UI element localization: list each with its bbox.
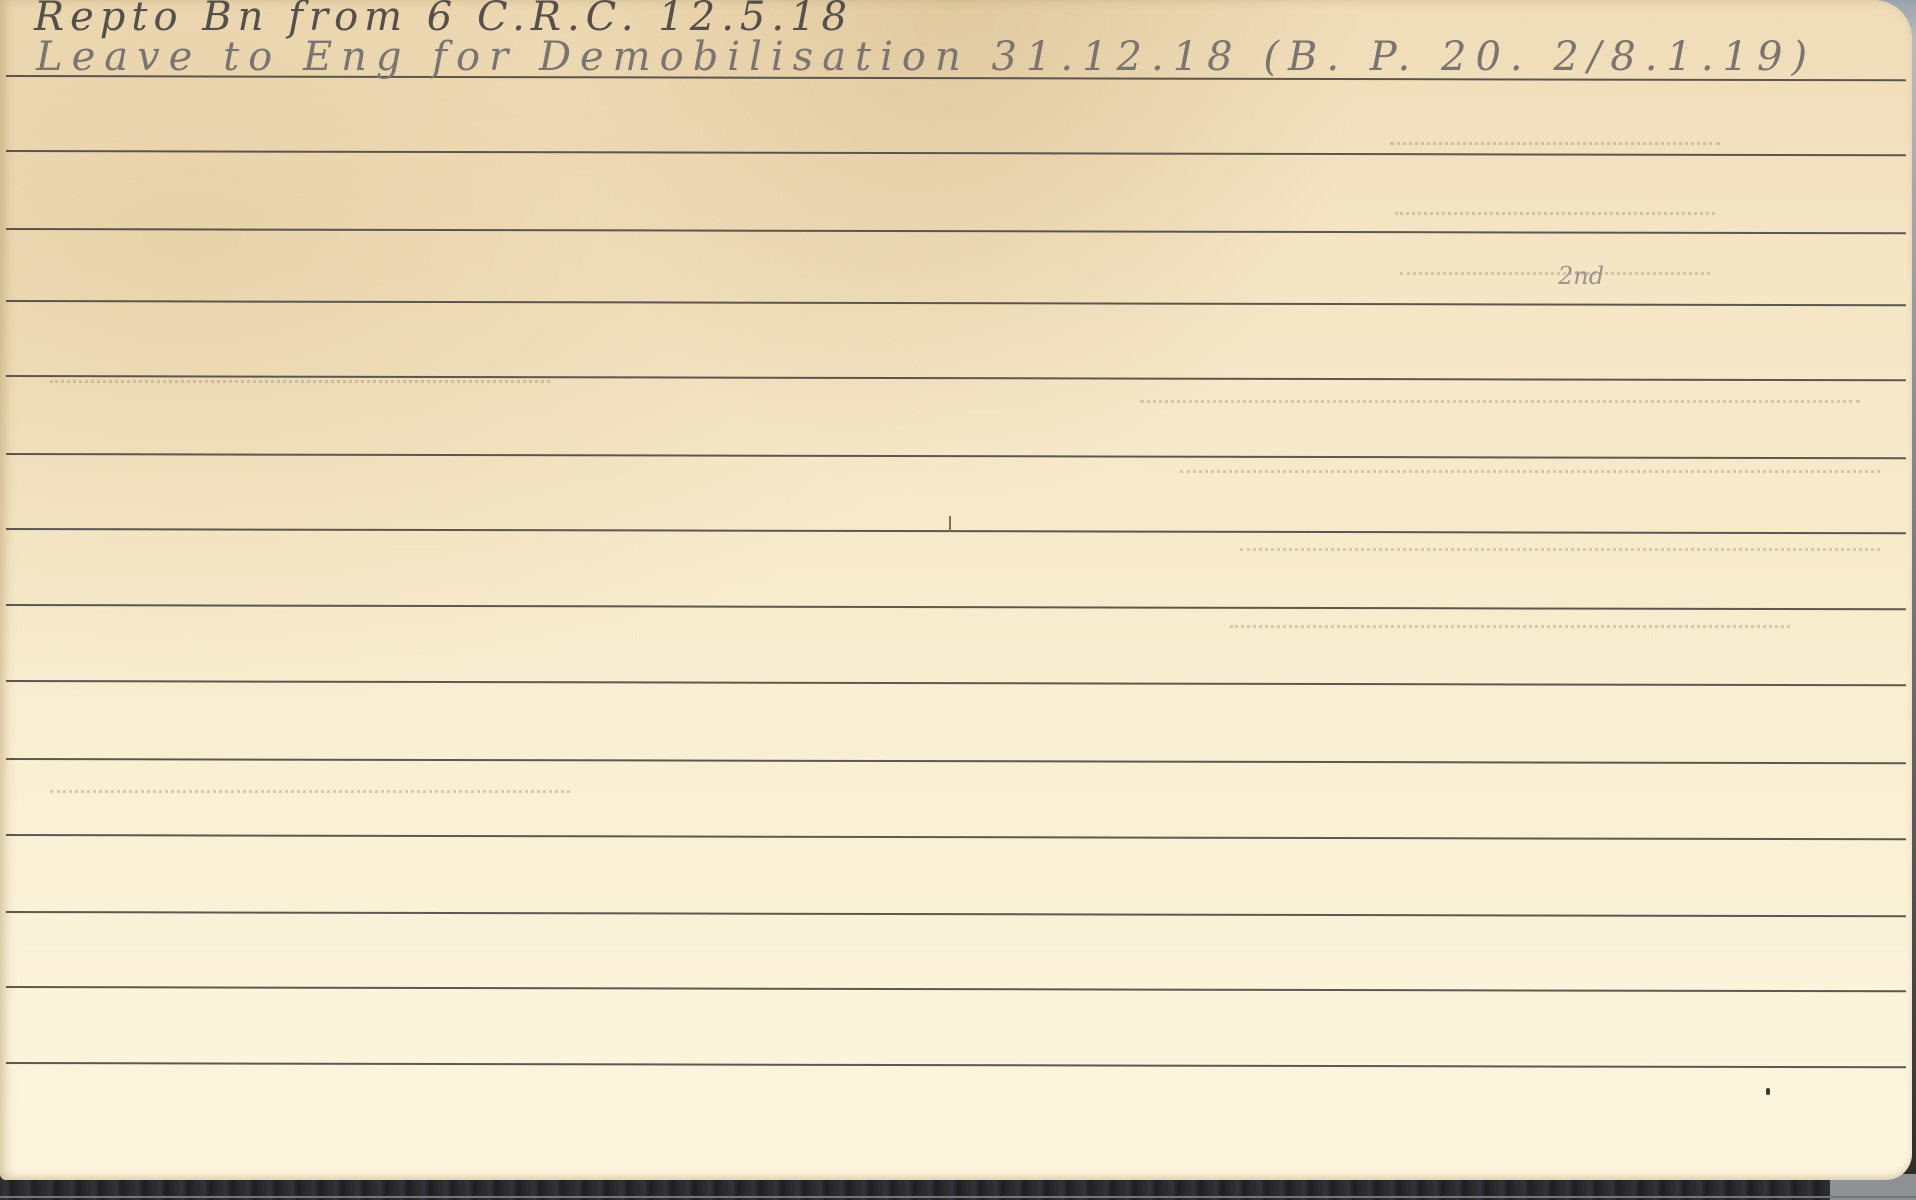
ruled-line [6,300,1906,306]
show-through-dots [50,380,550,383]
ruled-line [6,150,1906,156]
ruled-line [6,834,1906,840]
ink-dot [1766,1088,1770,1095]
ruled-line [6,528,1906,534]
pencil-tick-mark [949,516,951,532]
ruled-line [6,911,1906,917]
pencil-margin-mark: 2nd [1558,262,1604,290]
scanner-edge-rule [0,1196,1916,1198]
ruled-line [6,986,1906,992]
ruled-line [6,680,1906,686]
ruled-line [6,1062,1906,1068]
show-through-dots [1400,272,1710,275]
ruled-line [6,228,1906,234]
show-through-dots [1180,470,1880,473]
ruled-line [6,453,1906,459]
record-card: Repto Bn from 6 C.R.C. 12.5.18 Leave to … [0,0,1912,1180]
ruled-line [6,604,1906,610]
entry-demobilisation-leave: Leave to Eng for Demobilisation 31.12.18… [36,34,1816,80]
show-through-dots [50,790,570,793]
ruled-line [6,758,1906,764]
show-through-dots [1395,212,1715,215]
show-through-dots [1230,625,1790,628]
show-through-dots [1140,400,1860,403]
show-through-dots [1390,142,1720,145]
show-through-dots [1240,548,1880,551]
